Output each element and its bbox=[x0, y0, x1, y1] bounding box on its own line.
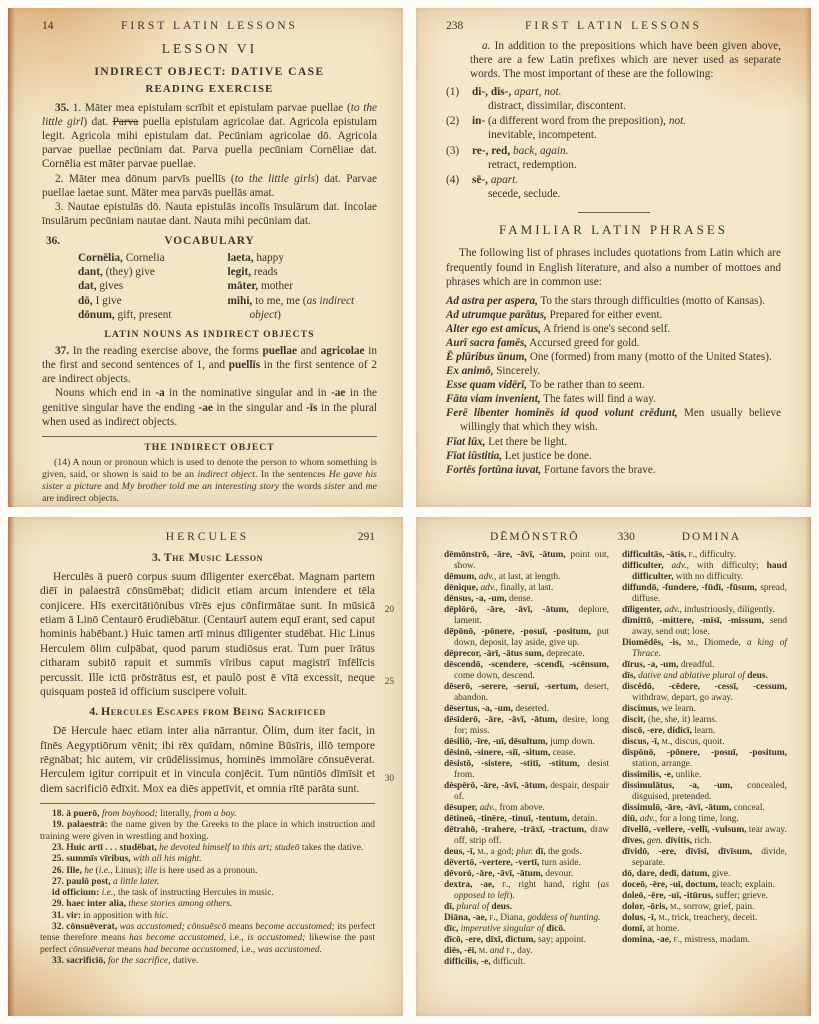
footnote: 23. Huic artī . . . studēbat, he devoted… bbox=[40, 843, 375, 854]
prefix-item-4: (4) sē-, apart. secede, seclude. bbox=[446, 173, 781, 201]
prefix-definition: in- (a different word from the prepositi… bbox=[472, 114, 781, 128]
margin-line-number-25: 25 bbox=[385, 677, 394, 687]
dictionary-entry: difficilis, -e, difficult. bbox=[444, 957, 609, 968]
phrases-intro: The following list of phrases includes q… bbox=[446, 246, 781, 288]
page-14: 14 FIRST LATIN LESSONS LESSON VI INDIREC… bbox=[8, 8, 403, 507]
dictionary-entry: diffundō, -fundere, -fūdī, -fūsum, sprea… bbox=[622, 583, 787, 605]
page-number: 291 bbox=[349, 531, 375, 543]
prefix-item-3: (3) re-, red, back, again. retract, rede… bbox=[446, 144, 781, 172]
dictionary-entry: discō, -ere, didicī, learn. bbox=[622, 726, 787, 737]
dictionary-entry: dēsinō, -sinere, -siī, -situm, cease. bbox=[444, 748, 609, 759]
music-lesson-paragraph: Herculēs ā puerō corpus suum dīligenter … bbox=[40, 570, 375, 699]
section-divider bbox=[578, 212, 650, 213]
vocab-entry: dant, (they) give bbox=[78, 265, 228, 279]
dictionary-entry: dēserō, -serere, -seruī, -sertum, desert… bbox=[444, 682, 609, 704]
latin-phrase: Ad astra per aspera, To the stars throug… bbox=[446, 294, 781, 308]
dictionary-entry: dissimulō, -āre, -āvī, -ātum, conceal. bbox=[622, 803, 787, 814]
vocab-entry: Cornēlia, Cornelia bbox=[78, 251, 228, 265]
vocabulary-heading: 36. VOCABULARY bbox=[42, 235, 377, 247]
lesson-title: LESSON VI bbox=[42, 41, 377, 57]
footnote: id officium: i.e., the task of instructi… bbox=[40, 888, 375, 899]
dictionary-entry: dō, dare, dedī, datum, give. bbox=[622, 869, 787, 880]
latin-phrase: Esse quam vidērī, To be rather than to s… bbox=[446, 378, 781, 392]
footnote-list: 18. ā puerō, from boyhood; literally, fr… bbox=[40, 809, 375, 967]
running-head: HERCULES bbox=[66, 531, 349, 543]
prefix-examples: secede, seclude. bbox=[472, 187, 781, 201]
latin-phrase: Fīat lūx, Let there be light. bbox=[446, 435, 781, 449]
vocabulary-columns: Cornēlia, Corneliadant, (they) givedat, … bbox=[42, 251, 377, 322]
footnote: 33. sacrificiō, for the sacrifice, dativ… bbox=[40, 956, 375, 967]
paragraph-noun-endings: Nouns which end in -a in the nominative … bbox=[42, 386, 377, 428]
page-330: DĒMŌNSTRŌ 330 DOMINA dēmōnstrō, -āre, -ā… bbox=[416, 517, 811, 1016]
dictionary-entry: dēsīderō, -āre, -āvī, -ātum, desire, lon… bbox=[444, 715, 609, 737]
busiris-paragraph: Dē Hercule haec etiam inter alia nārrant… bbox=[40, 724, 375, 796]
dictionary-entry: dēvertō, -vertere, -vertī, turn aside. bbox=[444, 858, 609, 869]
dictionary-entry: dēplōrō, -āre, -āvī, -ātum, deplore, lam… bbox=[444, 605, 609, 627]
footnote: 27. paulō post, a little later. bbox=[40, 877, 375, 888]
dictionary-entry: domina, -ae, f., mistress, madam. bbox=[622, 935, 787, 946]
page-291: HERCULES 291 3. The Music Lesson Herculē… bbox=[8, 517, 403, 1016]
footnote: 29. haec inter alia, these stories among… bbox=[40, 899, 375, 910]
latin-phrase: Fāta viam invenient, The fates will find… bbox=[446, 392, 781, 406]
dictionary-entry: dēsuper, adv., from above. bbox=[444, 803, 609, 814]
running-head: FIRST LATIN LESSONS bbox=[68, 20, 351, 32]
page-number: 238 bbox=[446, 20, 472, 32]
familiar-latin-phrases-title: FAMILIAR LATIN PHRASES bbox=[446, 222, 781, 238]
grammar-note: (14) A noun or pronoun which is used to … bbox=[42, 457, 377, 505]
vocabulary-title: VOCABULARY bbox=[164, 235, 254, 247]
paragraph-37: 37. In the reading exercise above, the f… bbox=[42, 344, 377, 386]
margin-line-number-20: 20 bbox=[385, 605, 394, 615]
dictionary-entry: discimus, we learn. bbox=[622, 704, 787, 715]
dictionary-entry: dolor, -ōris, m., sorrow, grief, pain. bbox=[622, 902, 787, 913]
prefix-examples: inevitable, incompetent. bbox=[472, 128, 781, 142]
dictionary-entry: dextra, -ae, f., right hand, right (as o… bbox=[444, 880, 609, 902]
page-330-header: DĒMŌNSTRŌ 330 DOMINA bbox=[444, 531, 787, 543]
dictionary-entry: dētineō, -tinēre, -tinuī, -tentum, detai… bbox=[444, 814, 609, 825]
section-title: INDIRECT OBJECT: DATIVE CASE bbox=[42, 65, 377, 78]
dictionary-entry: dēnsus, -a, -um, dense. bbox=[444, 594, 609, 605]
dictionary-entry: domī, at home. bbox=[622, 924, 787, 935]
dictionary-entry: dīves, gen. dīvitis, rich. bbox=[622, 836, 787, 847]
vocab-entry: māter, mother bbox=[228, 279, 378, 293]
dictionary-entry: dēvorō, -āre, -āvī, -ātum, devour. bbox=[444, 869, 609, 880]
dictionary-right-column: difficultās, -ātis, f., difficulty.diffi… bbox=[622, 550, 787, 968]
prefix-definition: di-, dis-, apart, not. bbox=[472, 85, 781, 99]
dictionary-entry: dēnique, adv., finally, at last. bbox=[444, 583, 609, 594]
dictionary-entry: diēs, -ēī, m. and f., day. bbox=[444, 946, 609, 957]
vocabulary-number: 36. bbox=[46, 235, 60, 247]
vocab-entry: dō, I give bbox=[78, 294, 228, 308]
page-238: 238 FIRST LATIN LESSONS a. In addition t… bbox=[416, 8, 811, 507]
page-291-header: HERCULES 291 bbox=[40, 531, 375, 543]
page-14-header: 14 FIRST LATIN LESSONS bbox=[42, 20, 377, 32]
footnote: 26. Ille, he (i.e., Linus); ille is here… bbox=[40, 866, 375, 877]
dictionary-entry: discēdō, -cēdere, -cessī, -cessum, withd… bbox=[622, 682, 787, 704]
paragraph-a: a. In addition to the prepositions which… bbox=[470, 39, 781, 82]
vocab-entry: legit, reads bbox=[228, 265, 378, 279]
vocab-entry: mihi, to me, me (as indirect object) bbox=[228, 294, 378, 322]
latin-phrase: Ē plūribus ūnum, One (formed) from many … bbox=[446, 350, 781, 364]
dictionary-columns: dēmōnstrō, -āre, -āvī, -ātum, point out,… bbox=[444, 550, 787, 968]
prefix-definition: sē-, apart. bbox=[472, 173, 781, 187]
footnote: 25. summīs vīribus, with all his might. bbox=[40, 854, 375, 865]
dictionary-entry: dēprecor, -ārī, -ātus sum, deprecate. bbox=[444, 649, 609, 660]
vocabulary-right-column: laeta, happylegit, readsmāter, mothermih… bbox=[228, 251, 378, 322]
prefix-examples: distract, dissimilar, discontent. bbox=[472, 99, 781, 113]
page-grid: 14 FIRST LATIN LESSONS LESSON VI INDIREC… bbox=[0, 0, 819, 1024]
paragraph-35-3: 3. Nautae epistulās dō. Nauta epistulās … bbox=[42, 200, 377, 228]
prefix-number: (1) bbox=[446, 85, 472, 113]
footnote-rule bbox=[40, 803, 375, 804]
dictionary-entry: dēscendō, -scendere, -scendī, -scēnsum, … bbox=[444, 660, 609, 682]
dictionary-entry: Diāna, -ae, f., Diana, goddess of huntin… bbox=[444, 913, 609, 924]
dictionary-entry: doleō, -ēre, -uī, -itūrus, suffer; griev… bbox=[622, 891, 787, 902]
phrase-list: Ad astra per aspera, To the stars throug… bbox=[446, 294, 781, 477]
vocab-entry: laeta, happy bbox=[228, 251, 378, 265]
dictionary-entry: discit, (he, she, it) learns. bbox=[622, 715, 787, 726]
dictionary-entry: dissimilis, -e, unlike. bbox=[622, 770, 787, 781]
footnote: 32. cōnsuēverat, was accustomed; cōnsuēs… bbox=[40, 922, 375, 956]
latin-phrase: Fīat iūstitia, Let justice be done. bbox=[446, 449, 781, 463]
page-number: 330 bbox=[618, 531, 644, 543]
dictionary-entry: doceō, -ēre, -uī, doctum, teach; explain… bbox=[622, 880, 787, 891]
latin-phrase: Ferē libenter hominēs id quod volunt crē… bbox=[446, 406, 781, 434]
latin-phrase: Ad utrumque parātus, Prepared for either… bbox=[446, 308, 781, 322]
paragraph-35: 35. 1. Māter mea epistulam scrībit et ep… bbox=[42, 101, 377, 172]
running-head: FIRST LATIN LESSONS bbox=[472, 20, 755, 32]
dictionary-entry: dolus, -ī, m., trick, treachery, deceit. bbox=[622, 913, 787, 924]
latin-phrase: Fortēs fortūna iuvat, Fortune favors the… bbox=[446, 463, 781, 477]
vocabulary-left-column: Cornēlia, Corneliadant, (they) givedat, … bbox=[78, 251, 228, 322]
dictionary-entry: discus, -ī, m., discus, quoit. bbox=[622, 737, 787, 748]
prefix-definition: re-, red, back, again. bbox=[472, 144, 781, 158]
prefix-examples: retract, redemption. bbox=[472, 158, 781, 172]
dictionary-entry: dīmittō, -mittere, -mīsī, -missum, send … bbox=[622, 616, 787, 638]
latin-phrase: Ex animō, Sincerely. bbox=[446, 364, 781, 378]
dictionary-entry: dīvellō, -vellere, -vellī, -vulsum, tear… bbox=[622, 825, 787, 836]
dictionary-entry: dīrus, -a, -um, dreadful. bbox=[622, 660, 787, 671]
latin-nouns-heading: LATIN NOUNS AS INDIRECT OBJECTS bbox=[42, 329, 377, 340]
page-number: 14 bbox=[42, 20, 68, 32]
footnote-rule bbox=[42, 436, 377, 437]
section-3-heading: 3. The Music Lesson bbox=[40, 550, 375, 565]
vocab-entry: dōnum, gift, present bbox=[78, 308, 228, 322]
dictionary-entry: dēsiliō, -īre, -uī, dēsultum, jump down. bbox=[444, 737, 609, 748]
dictionary-entry: diū, adv., for a long time, long. bbox=[622, 814, 787, 825]
dictionary-entry: dispōnō, -pōnere, -posuī, -positum, stat… bbox=[622, 748, 787, 770]
guide-word-left: DĒMŌNSTRŌ bbox=[490, 531, 580, 543]
prefix-number: (4) bbox=[446, 173, 472, 201]
dictionary-entry: dīligenter, adv., industriously, diligen… bbox=[622, 605, 787, 616]
prefix-item-2: (2) in- (a different word from the prepo… bbox=[446, 114, 781, 142]
dictionary-entry: dī, plural of deus. bbox=[444, 902, 609, 913]
dictionary-entry: dīc, imperative singular of dīcō. bbox=[444, 924, 609, 935]
section-4-heading: 4. Hercules Escapes from Being Sacrifice… bbox=[40, 704, 375, 719]
footnote: 19. palaestrā: the name given by the Gre… bbox=[40, 820, 375, 843]
prefix-number: (2) bbox=[446, 114, 472, 142]
latin-phrase: Aurī sacra famēs, Accursed greed for gol… bbox=[446, 336, 781, 350]
footnote: 31. vir: in apposition with hic. bbox=[40, 911, 375, 922]
dictionary-entry: dīvidō, -ere, dīvīsī, dīvīsum, divide, s… bbox=[622, 847, 787, 869]
dictionary-entry: dīs, dative and ablative plural of deus. bbox=[622, 671, 787, 682]
dictionary-entry: dissimulātus, -a, -um, concealed, disgui… bbox=[622, 781, 787, 803]
dictionary-entry: dīcō, -ere, dīxī, dictum, say; appoint. bbox=[444, 935, 609, 946]
dictionary-entry: dēspērō, -āre, -āvī, -ātum, despair, des… bbox=[444, 781, 609, 803]
indirect-object-heading: THE INDIRECT OBJECT bbox=[42, 442, 377, 453]
dictionary-entry: deus, -ī, m., a god; plur. dī, the gods. bbox=[444, 847, 609, 858]
footnote: 18. ā puerō, from boyhood; literally, fr… bbox=[40, 809, 375, 820]
dictionary-entry: dēmum, adv., at last, at length. bbox=[444, 572, 609, 583]
exercise-title: READING EXERCISE bbox=[42, 83, 377, 95]
page-238-header: 238 FIRST LATIN LESSONS bbox=[446, 20, 781, 32]
guide-word-right: DOMINA bbox=[682, 531, 741, 543]
dictionary-left-column: dēmōnstrō, -āre, -āvī, -ātum, point out,… bbox=[444, 550, 609, 968]
dictionary-entry: dēsistō, -sistere, -stitī, -stitum, desi… bbox=[444, 759, 609, 781]
dictionary-entry: dēmōnstrō, -āre, -āvī, -ātum, point out,… bbox=[444, 550, 609, 572]
margin-line-number-30: 30 bbox=[385, 774, 394, 784]
prefix-item-1: (1) di-, dis-, apart, not. distract, dis… bbox=[446, 85, 781, 113]
dictionary-entry: difficultās, -ātis, f., difficulty. bbox=[622, 550, 787, 561]
dictionary-entry: Diomēdēs, -is, m., Diomede, a king of Th… bbox=[622, 638, 787, 660]
dictionary-entry: dēsertus, -a, -um, deserted. bbox=[444, 704, 609, 715]
paragraph-35-2: 2. Māter mea dōnum parvīs puellīs (to th… bbox=[42, 172, 377, 200]
dictionary-entry: difficulter, adv., with difficulty; haud… bbox=[622, 561, 787, 583]
prefix-number: (3) bbox=[446, 144, 472, 172]
dictionary-entry: dētrahō, -trahere, -trāxī, -tractum, dra… bbox=[444, 825, 609, 847]
dictionary-entry: dēpōnō, -pōnere, -posuī, -positum, put d… bbox=[444, 627, 609, 649]
latin-phrase: Alter ego est amīcus, A friend is one's … bbox=[446, 322, 781, 336]
vocab-entry: dat, gives bbox=[78, 279, 228, 293]
